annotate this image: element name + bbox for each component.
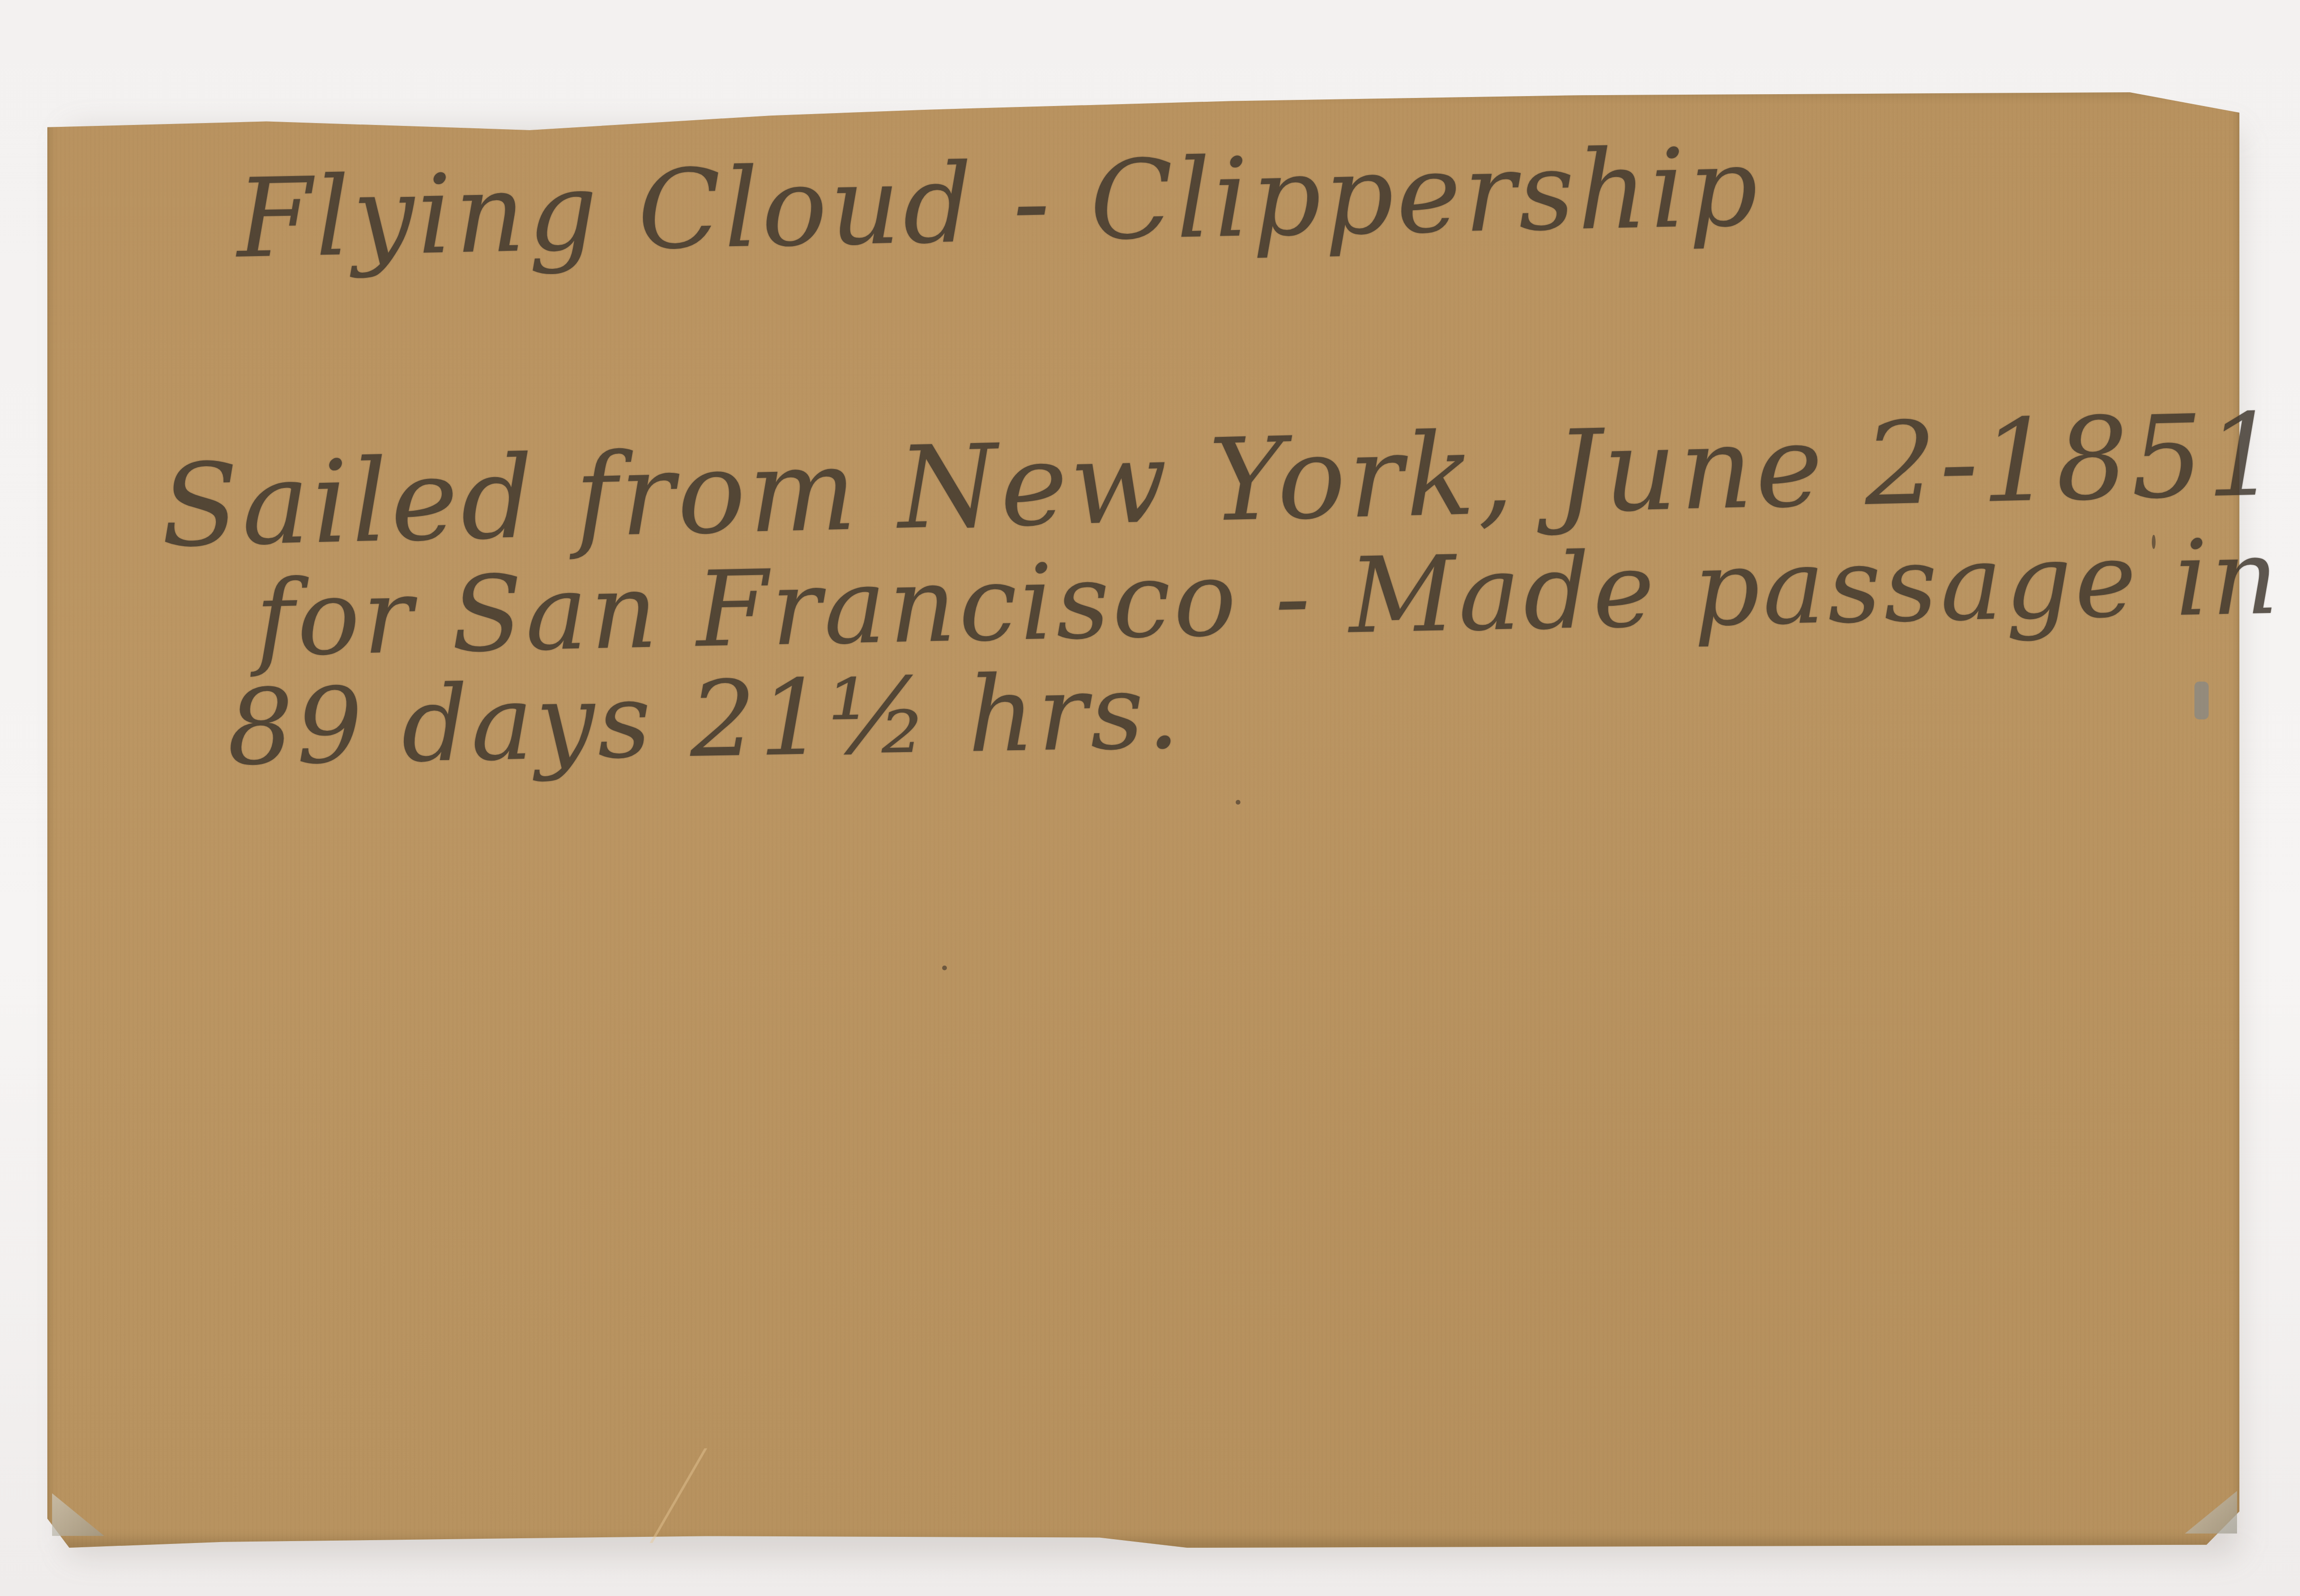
photo-stage: Flying Cloud - Clippership Sailed from N… bbox=[0, 0, 2300, 1596]
card-back bbox=[47, 92, 2239, 1548]
paper-speck bbox=[942, 966, 947, 970]
inscription-line-3: 89 days 21½ hrs. bbox=[226, 651, 1184, 789]
pencil-mark bbox=[2152, 535, 2156, 549]
paper-speck bbox=[1236, 800, 1240, 805]
edge-mark bbox=[2194, 682, 2209, 719]
